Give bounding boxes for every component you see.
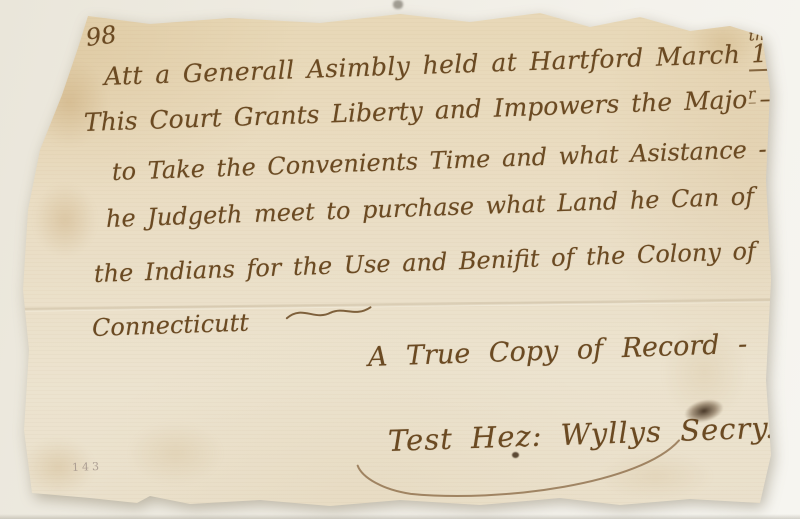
ink-dot (512, 452, 519, 458)
signature-line: Test Hez: Wyllys Secry. (387, 410, 775, 457)
page-number: 98 (84, 20, 118, 52)
manuscript-paper: 98 Att a Generall Asimbly held at Hartfo… (0, 0, 800, 519)
date-ordinal-superscript: th (748, 26, 765, 45)
manuscript-body-line: the Indians for the Use and Benifit of t… (94, 237, 757, 288)
heading-date: th10: 1663 (748, 35, 800, 71)
manuscript-body-line: This Court Grants Liberty and Impowers t… (83, 84, 784, 137)
date-year: : 1663 (783, 35, 800, 67)
paper-stain (128, 422, 223, 484)
heading-text: Att a Generall Asimbly held at Hartford … (103, 40, 740, 91)
body-line-text: This Court Grants Liberty and Impowers t… (83, 85, 747, 137)
abbreviation-superscript: r (748, 85, 756, 104)
archive-stamp-number: 143 (72, 460, 102, 474)
line-end-dash: — (759, 84, 785, 114)
body-line-text: Connecticutt (92, 309, 250, 342)
mount-background: 98 Att a Generall Asimbly held at Hartfo… (0, 0, 800, 519)
manuscript-body-line: he Judgeth meet to purchase what Land he… (106, 182, 755, 233)
paper-shadow-wrap: 98 Att a Generall Asimbly held at Hartfo… (0, 0, 800, 519)
manuscript-body-line: to Take the Convenients Time and what As… (112, 135, 768, 186)
photo-edge-shadow (0, 514, 800, 519)
manuscript-heading-line: Att a Generall Asimbly held at Hartford … (103, 35, 800, 94)
flourish-mark (284, 302, 373, 325)
paper-stain (34, 183, 96, 257)
